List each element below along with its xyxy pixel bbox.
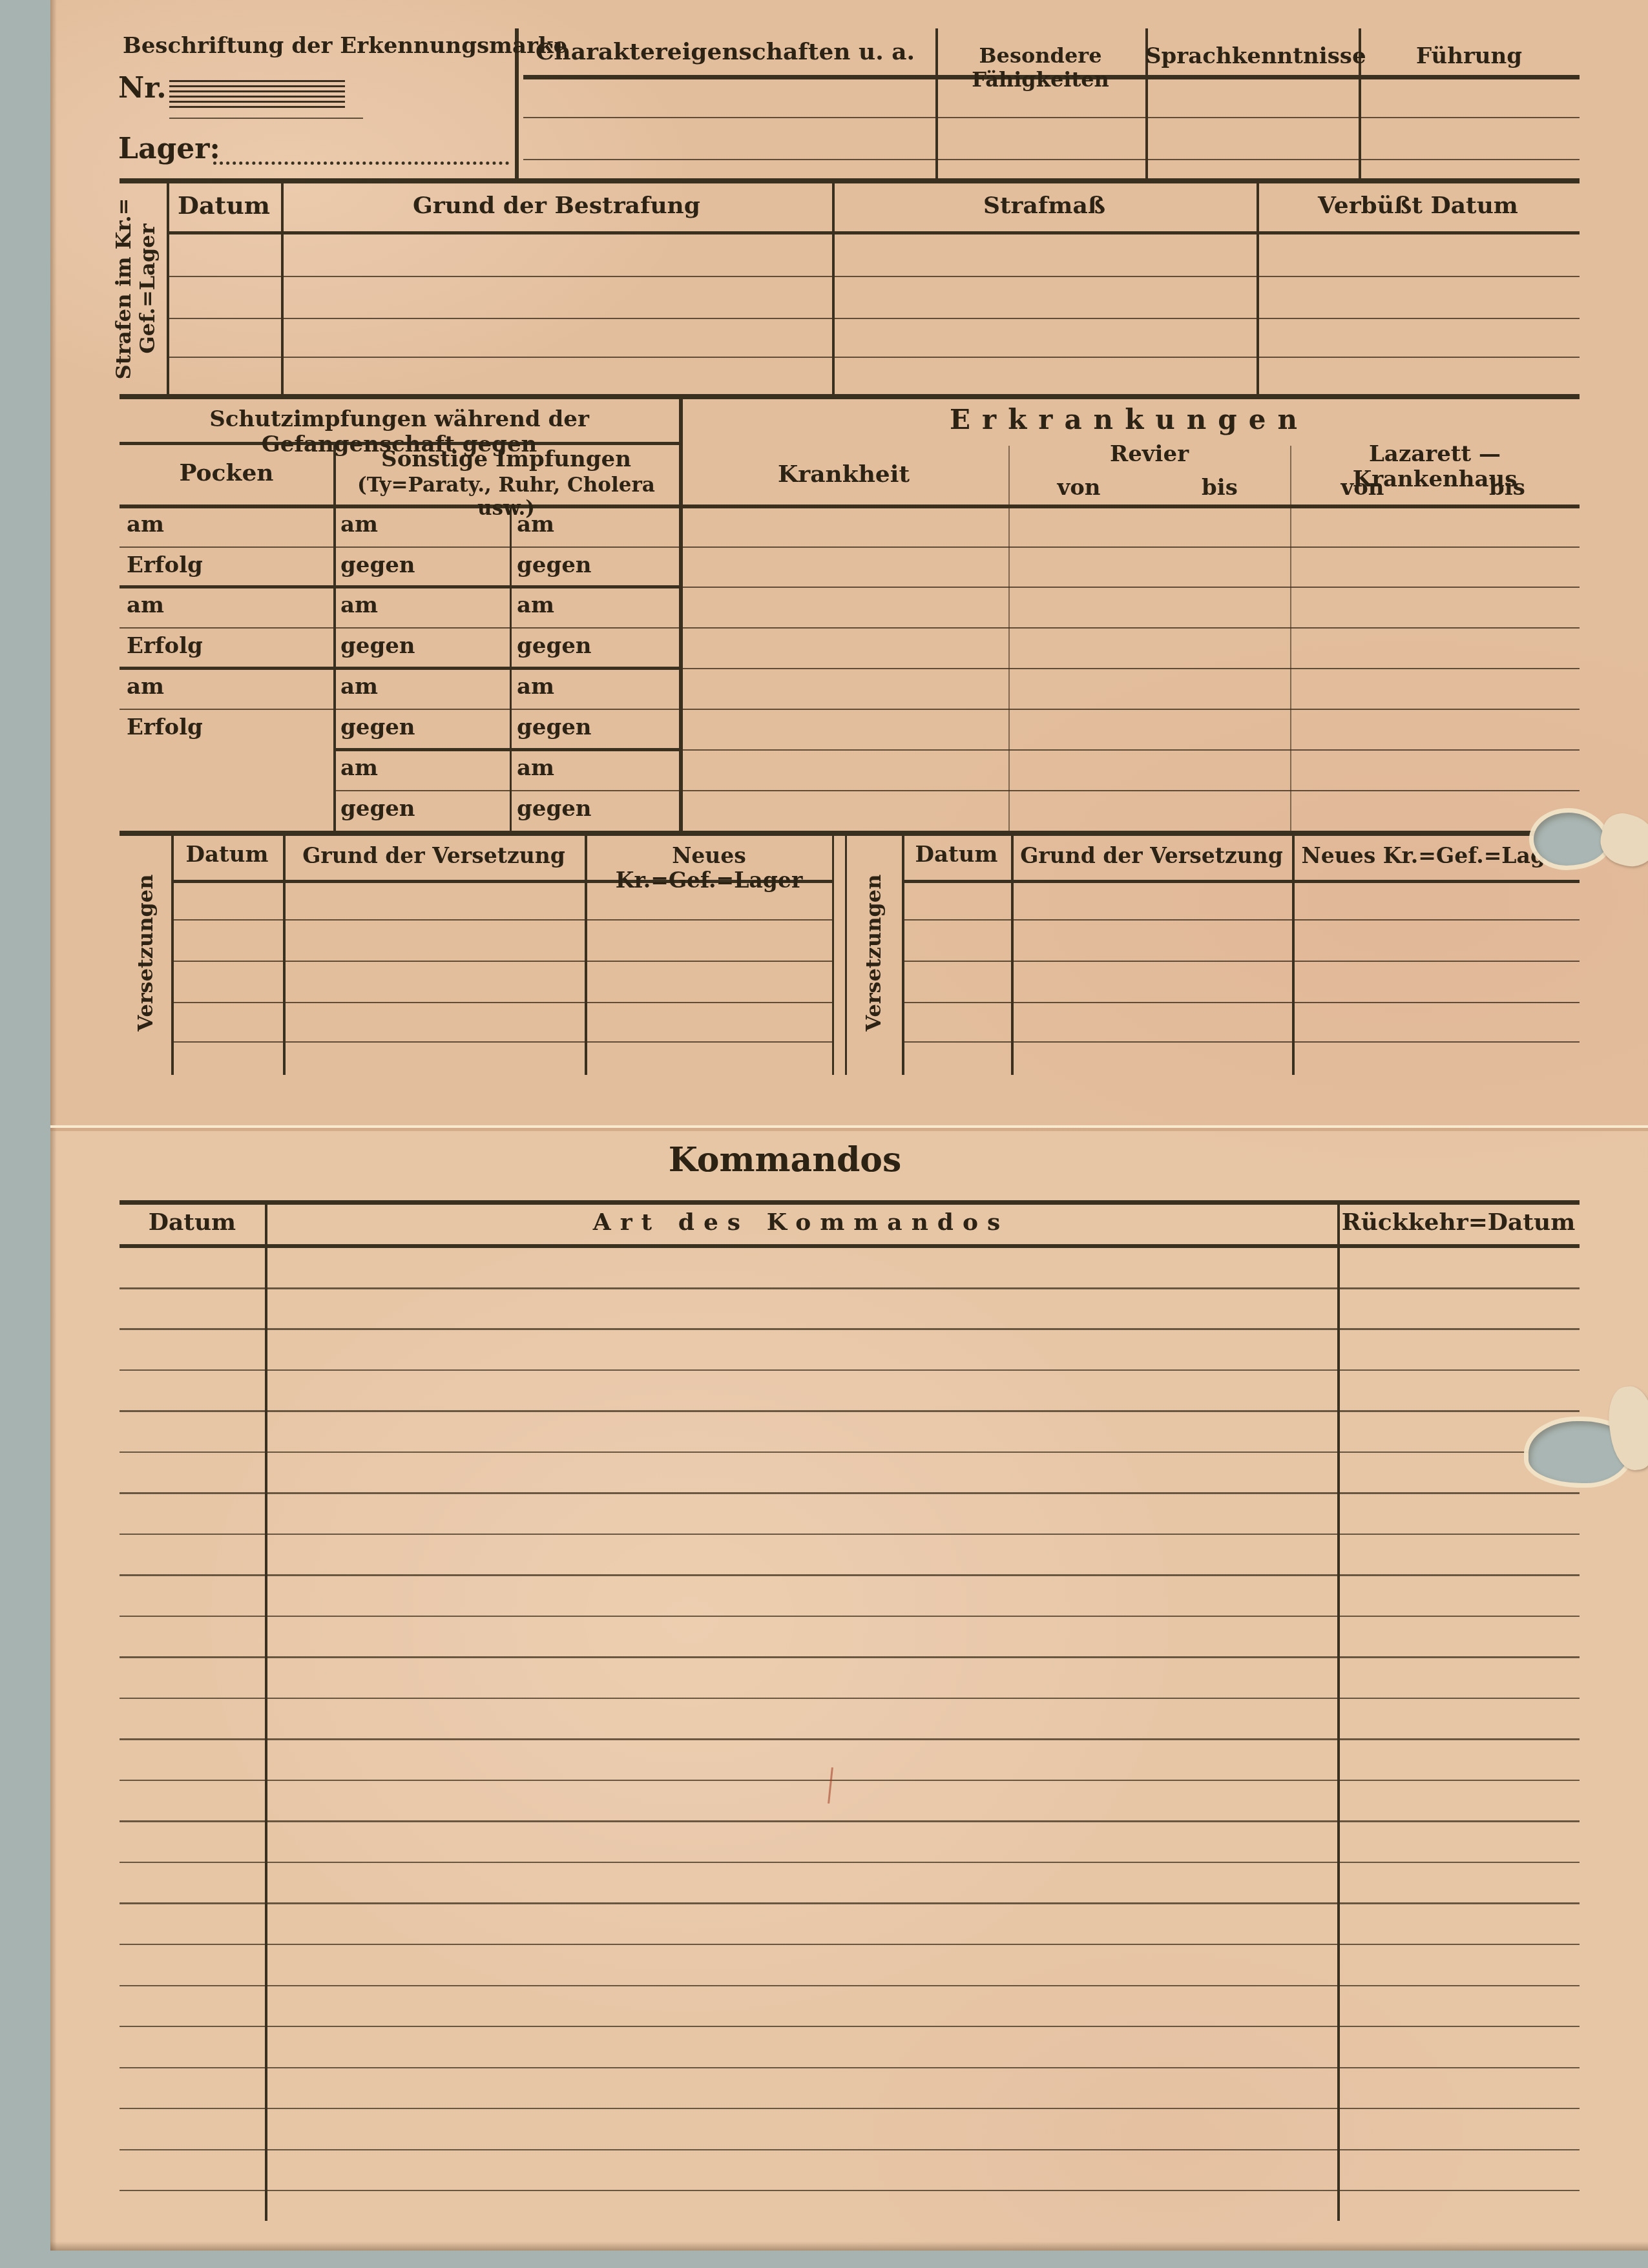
row-rule bbox=[120, 546, 679, 548]
row-rule bbox=[167, 318, 1580, 319]
strafen-col-grund: Grund der Bestrafung bbox=[281, 192, 832, 219]
row-rule bbox=[171, 919, 833, 921]
row-rule bbox=[902, 1002, 1580, 1003]
impf-cell: gegen bbox=[340, 634, 415, 659]
impf-cell: gegen bbox=[340, 715, 415, 740]
kommandos-col-rueckkehr: Rückkehr=Datum bbox=[1337, 1209, 1580, 1236]
impf-cell: am bbox=[340, 674, 378, 700]
impf-cell: am bbox=[517, 593, 554, 618]
impf-cell: am bbox=[340, 593, 378, 618]
row-rule bbox=[171, 961, 833, 962]
versetzungen-column-divider bbox=[283, 836, 286, 1075]
impfungen-col-sonstige: Sonstige Impfungen bbox=[333, 447, 679, 472]
row-rule bbox=[167, 276, 1580, 277]
row-rule bbox=[902, 961, 1580, 962]
impf-cell: Erfolg bbox=[127, 715, 203, 740]
strafen-side-label-line1: Strafen im Kr.= bbox=[112, 192, 136, 386]
kommandos-col-art: Art des Kommandos bbox=[265, 1209, 1337, 1236]
erkrankungen-col-krankheit: Krankheit bbox=[679, 461, 1008, 488]
impf-cell: gegen bbox=[517, 553, 592, 578]
strafen-col-datum: Datum bbox=[167, 191, 281, 220]
strafen-header-rule bbox=[167, 231, 1580, 234]
col-fuehrung: Führung bbox=[1359, 44, 1580, 69]
row-rule bbox=[171, 1002, 833, 1003]
versetzungen-col-grund: Grund der Versetzung bbox=[283, 844, 585, 868]
paper-edge-bottom bbox=[50, 2242, 1648, 2251]
row-rule bbox=[679, 749, 1580, 751]
nr-underline bbox=[169, 118, 363, 119]
fold-crease bbox=[50, 1125, 1648, 1131]
impf-cell: am bbox=[517, 674, 554, 700]
versetzungen-col-neues-lager: Neues Kr.=Gef.=Lager bbox=[585, 844, 833, 893]
row-rule bbox=[679, 709, 1580, 710]
kommandos-title: Kommandos bbox=[120, 1141, 1450, 1180]
impf-cell: am bbox=[127, 512, 164, 537]
row-rule bbox=[679, 546, 1580, 548]
scanned-pow-record-card: { "card": { "id_section": { "beschriftun… bbox=[0, 0, 1648, 2268]
versetzungen-top-rule bbox=[120, 831, 1580, 836]
group-rule bbox=[120, 667, 679, 670]
lazarett-bis-label: bis bbox=[1435, 475, 1580, 501]
impf-cell: gegen bbox=[340, 553, 415, 578]
impfungen-table-top-rule bbox=[120, 394, 1580, 399]
impf-cell: am bbox=[517, 512, 554, 537]
versetzungen-side-label: Versetzungen bbox=[123, 840, 168, 1066]
row-rule bbox=[679, 790, 1580, 791]
kommandos-top-rule bbox=[120, 1200, 1580, 1205]
impf-cell: gegen bbox=[340, 796, 415, 822]
impf-cell: gegen bbox=[517, 634, 592, 659]
kommandos-header-rule bbox=[120, 1244, 1580, 1248]
kommandos-col-datum: Datum bbox=[120, 1209, 265, 1236]
row-rule bbox=[679, 627, 1580, 629]
row-rule bbox=[171, 1041, 833, 1043]
impf-cell: am bbox=[127, 593, 164, 618]
row-rule bbox=[902, 919, 1580, 921]
erkrankungen-column-divider bbox=[1008, 446, 1010, 833]
erkrankungen-col-revier: Revier bbox=[1008, 442, 1290, 467]
row-rule bbox=[679, 668, 1580, 669]
nr-label: Nr. bbox=[118, 72, 167, 105]
lager-dotted-line bbox=[213, 138, 509, 165]
versetzungen2-col-grund: Grund der Versetzung bbox=[1011, 844, 1292, 868]
erkrankungen-left-divider bbox=[679, 394, 683, 833]
versetzungen2-label-divider bbox=[902, 836, 904, 1075]
col-besondere-faehigkeiten: Besondere Fähigkeiten bbox=[935, 44, 1145, 92]
group-rule bbox=[333, 748, 679, 751]
row-rule bbox=[333, 790, 679, 791]
impf-cell: am bbox=[340, 756, 378, 781]
kommandos-column-divider bbox=[1337, 1200, 1340, 2221]
impfungen-col-pocken: Pocken bbox=[120, 460, 333, 486]
impf-cell: Erfolg bbox=[127, 553, 203, 578]
row-rule bbox=[523, 159, 1580, 160]
row-rule bbox=[679, 587, 1580, 588]
strafen-side-label-line2: Gef.=Lager bbox=[136, 192, 160, 386]
kommandos-column-divider bbox=[265, 1200, 267, 2221]
strafen-table-top-rule bbox=[120, 178, 1580, 183]
row-rule bbox=[902, 1041, 1580, 1043]
versetzungen-col-datum: Datum bbox=[171, 842, 283, 868]
row-rule bbox=[120, 627, 679, 629]
paper-tint-top bbox=[50, 0, 1648, 1127]
versetzungen2-col-datum: Datum bbox=[902, 842, 1011, 868]
strafen-side-label: Strafen im Kr.= Gef.=Lager bbox=[112, 192, 166, 386]
versetzungen-label-divider bbox=[171, 836, 174, 1075]
erkrankungen-column-divider bbox=[1290, 446, 1291, 833]
versetzungen2-header-rule bbox=[902, 880, 1580, 883]
versetzungen2-column-divider bbox=[1011, 836, 1014, 1075]
kommandos-ruled-rows bbox=[120, 1248, 1580, 2191]
nr-hatch-block bbox=[169, 80, 345, 111]
row-rule bbox=[523, 117, 1580, 118]
impf-cell: Erfolg bbox=[127, 634, 203, 659]
versetzungen2-side-label: Versetzungen bbox=[851, 840, 896, 1066]
col-charaktereigenschaften: Charaktereigenschaften u. a. bbox=[515, 39, 935, 65]
row-rule bbox=[167, 357, 1580, 358]
erkrankungen-title: Erkrankungen bbox=[679, 404, 1580, 435]
strafen-col-verbuesst: Verbüßt Datum bbox=[1257, 192, 1580, 219]
beschriftung-label: Beschriftung der Erkennungsmarke bbox=[123, 34, 567, 59]
versetzungen2-column-divider bbox=[1292, 836, 1295, 1075]
impf-cell: gegen bbox=[517, 715, 592, 740]
impf-cell: am bbox=[517, 756, 554, 781]
impfungen-col-sonstige-sub: (Ty=Paraty., Ruhr, Cholera usw.) bbox=[333, 474, 679, 520]
lager-label: Lager: bbox=[118, 133, 220, 166]
revier-bis-label: bis bbox=[1149, 475, 1290, 501]
impf-cell: gegen bbox=[517, 796, 592, 822]
impf-cell: am bbox=[127, 674, 164, 700]
group-rule bbox=[120, 585, 679, 588]
lazarett-von-label: von bbox=[1290, 475, 1435, 501]
row-rule bbox=[120, 709, 679, 710]
impf-cell: am bbox=[340, 512, 378, 537]
col-sprachkenntnisse: Sprachkenntnisse bbox=[1145, 44, 1359, 69]
strafen-col-strafmass: Strafmaß bbox=[832, 192, 1257, 219]
versetzungen2-left-edge bbox=[845, 836, 847, 1075]
revier-von-label: von bbox=[1008, 475, 1149, 501]
